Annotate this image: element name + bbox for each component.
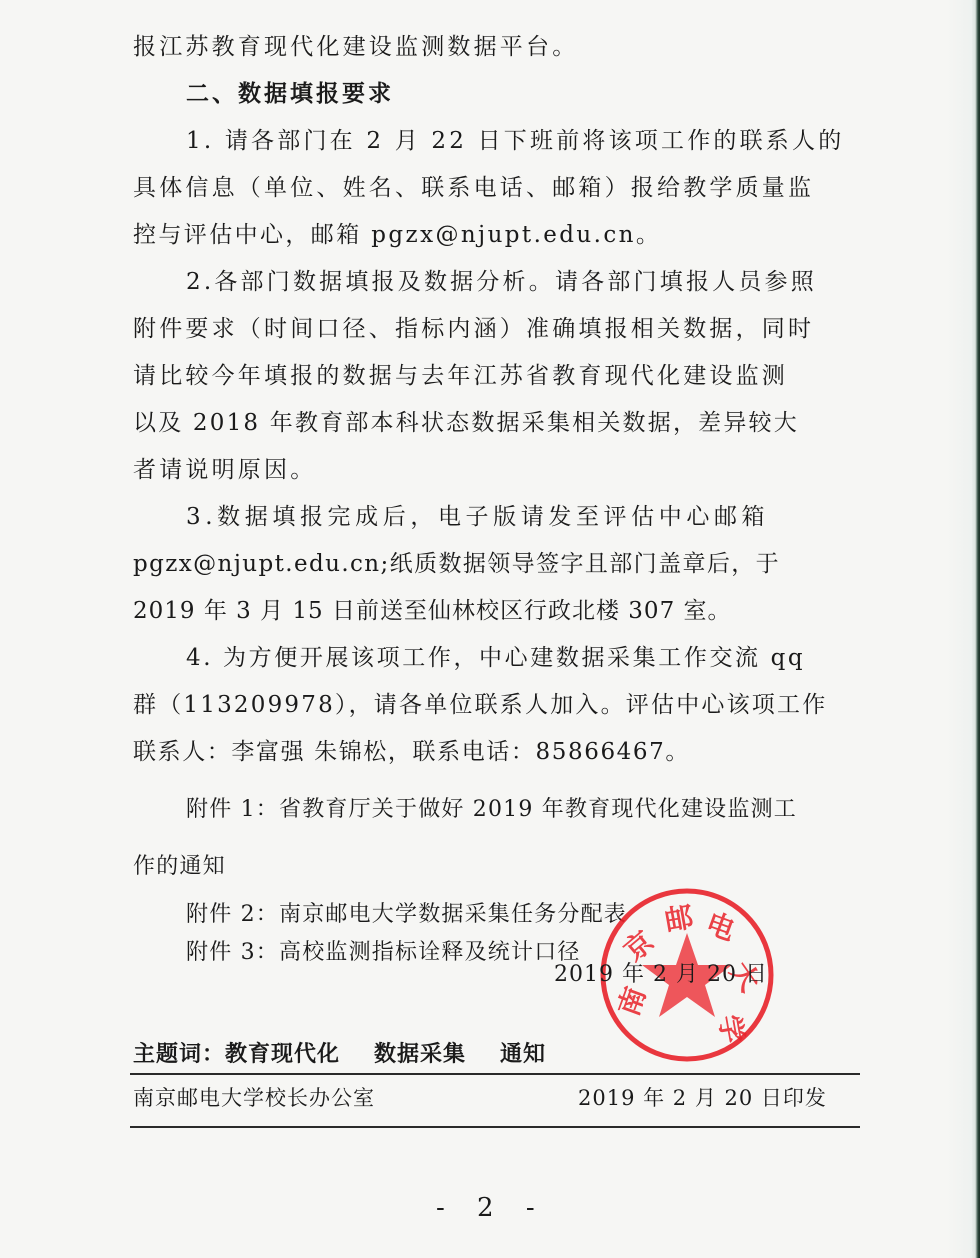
body-line: 附件要求（时间口径、指标内涵）准确填报相关数据，同时 — [133, 314, 814, 344]
body-line: 2019 年 3 月 15 日前送至仙林校区行政北楼 307 室。 — [133, 596, 732, 626]
divider — [130, 1126, 860, 1128]
body-line: 4. 为方便开展该项工作，中心建数据采集工作交流 qq — [186, 643, 805, 673]
body-line: 报江苏教育现代化建设监测数据平台。 — [133, 32, 578, 62]
body-line: 1. 请各部门在 2 月 22 日下班前将该项工作的联系人的 — [186, 126, 844, 156]
keyword: 教育现代化 — [225, 1042, 340, 1067]
svg-text:电: 电 — [702, 907, 740, 948]
section-heading: 二、数据填报要求 — [186, 79, 394, 109]
body-line: 2.各部门数据填报及数据分析。请各部门填报人员参照 — [186, 267, 817, 297]
body-line: 群（113209978），请各单位联系人加入。评估中心该项工作 — [133, 690, 827, 720]
body-line: 3.数据填报完成后，电子版请发至评估中心邮箱 — [186, 502, 769, 532]
page-number: - 2 - — [436, 1193, 547, 1223]
svg-text:邮: 邮 — [662, 900, 695, 937]
scan-edge-shadow — [946, 0, 972, 1258]
scan-edge — [972, 0, 980, 1258]
keyword: 数据采集 — [374, 1042, 466, 1067]
svg-text:学: 学 — [713, 1012, 750, 1045]
keywords-label: 主题词： — [133, 1042, 225, 1067]
attachment-3: 附件 3：高校监测指标诠释及统计口径 — [186, 938, 581, 968]
issue-date: 2019 年 2 月 20 日印发 — [578, 1083, 827, 1113]
body-line: 者请说明原因。 — [133, 455, 316, 485]
divider — [130, 1073, 860, 1075]
attachment-1: 附件 1：省教育厅关于做好 2019 年教育现代化建设监测工 — [186, 795, 797, 825]
body-line: 联系人：李富强 朱锦松，联系电话：85866467。 — [133, 737, 690, 767]
keywords: 主题词：教育现代化数据采集通知 — [133, 1040, 580, 1070]
attachment-1-cont: 作的通知 — [133, 852, 226, 882]
attachment-2: 附件 2：南京邮电大学数据采集任务分配表 — [186, 900, 627, 930]
issuer: 南京邮电大学校长办公室 — [133, 1083, 375, 1113]
body-line: 以及 2018 年教育部本科状态数据采集相关数据，差异较大 — [133, 408, 799, 438]
signature-date: 2019 年 2 月 20 日 — [554, 960, 768, 990]
body-line: 请比较今年填报的数据与去年江苏省教育现代化建设监测 — [133, 361, 788, 391]
body-line: pgzx@njupt.edu.cn;纸质数据领导签字且部门盖章后，于 — [133, 549, 780, 579]
keyword: 通知 — [500, 1042, 546, 1067]
body-line: 具体信息（单位、姓名、联系电话、邮箱）报给教学质量监 — [133, 173, 814, 203]
body-line: 控与评估中心，邮箱 pgzx@njupt.edu.cn。 — [133, 220, 661, 250]
